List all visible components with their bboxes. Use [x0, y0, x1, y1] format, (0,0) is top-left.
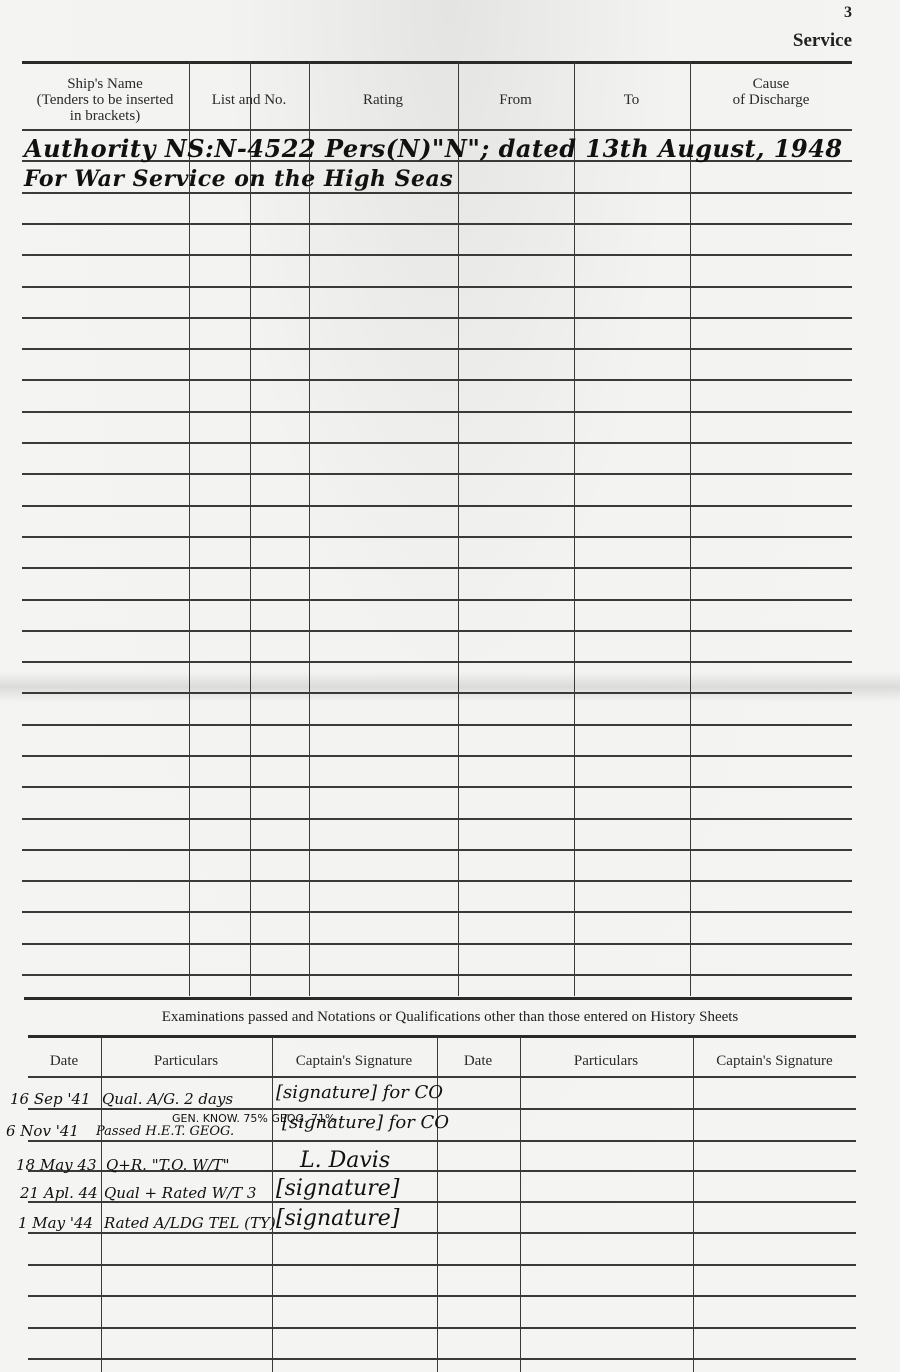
header-list-and-no: List and No.: [190, 92, 308, 108]
exam-header-particulars-right: Particulars: [520, 1053, 692, 1069]
row-rule: [22, 786, 852, 788]
row-rule: [22, 943, 852, 945]
exam-column-rule: [693, 1037, 694, 1372]
row-rule: [22, 599, 852, 601]
header-to: To: [574, 92, 689, 108]
row-rule: [22, 974, 852, 976]
table-top-rule: [22, 61, 852, 64]
exam-section-title: Examinations passed and Notations or Qua…: [0, 1009, 900, 1026]
exam-row-rule: [28, 1264, 856, 1266]
column-rule: [690, 62, 691, 996]
service-record-page: 3 Service Ship's Name (Tenders to be ins…: [0, 0, 900, 1372]
exam-entry-date: 21 Apl. 44: [20, 1184, 98, 1202]
exam-header-signature-right: Captain's Signature: [693, 1053, 856, 1069]
exam-entry-particulars: Qual. A/G. 2 days: [102, 1090, 233, 1108]
header-rating: Rating: [309, 92, 457, 108]
exam-row-rule: [28, 1140, 856, 1142]
exam-header-date-right: Date: [437, 1053, 519, 1069]
exam-row-rule: [28, 1358, 856, 1360]
row-rule: [22, 379, 852, 381]
row-rule: [22, 223, 852, 225]
row-rule: [22, 818, 852, 820]
fold-shadow: [0, 672, 900, 702]
row-rule: [22, 724, 852, 726]
row-rule: [22, 911, 852, 913]
column-rule: [189, 62, 190, 996]
row-rule: [22, 536, 852, 538]
row-rule: [22, 567, 852, 569]
row-rule: [22, 880, 852, 882]
row-rule: [22, 692, 852, 694]
table-bottom-rule: [24, 997, 852, 1000]
exam-row-rule: [28, 1108, 856, 1110]
exam-entry-signature: [signature] for CO: [282, 1112, 449, 1133]
exam-entry-particulars: Qual + Rated W/T 3: [104, 1184, 256, 1202]
header-from: From: [458, 92, 573, 108]
exam-entry-signature: [signature]: [276, 1206, 399, 1231]
exam-header-signature-left: Captain's Signature: [272, 1053, 436, 1069]
exam-entry-particulars: Rated A/LDG TEL (TY): [104, 1214, 276, 1232]
row-rule: [22, 348, 852, 350]
row-rule: [22, 661, 852, 663]
exam-entry-signature: [signature]: [276, 1176, 399, 1201]
page-number: 3: [844, 4, 852, 22]
row-rule: [22, 411, 852, 413]
row-rule: [22, 254, 852, 256]
row-rule: [22, 849, 852, 851]
header-cause-of-discharge: Cause of Discharge: [690, 76, 852, 108]
exam-row-rule: [28, 1076, 856, 1078]
exam-entry-particulars: Q+R. "T.O. W/T": [106, 1156, 230, 1174]
row-rule: [22, 755, 852, 757]
exam-entry-date: 18 May 43: [16, 1156, 97, 1174]
row-rule: [22, 473, 852, 475]
row-rule: [22, 129, 852, 131]
exam-entry-particulars: Passed H.E.T. GEOG.: [96, 1124, 234, 1139]
column-rule: [574, 62, 575, 996]
column-rule: [250, 62, 251, 996]
exam-row-rule: [28, 1295, 856, 1297]
exam-row-rule: [28, 1327, 856, 1329]
exam-row-rule: [28, 1232, 856, 1234]
exam-entry-date: 6 Nov '41: [6, 1122, 79, 1140]
header-ships-name: Ship's Name (Tenders to be inserted in b…: [22, 76, 188, 124]
exam-column-rule: [520, 1037, 521, 1372]
exam-table-top-rule: [28, 1035, 856, 1038]
exam-entry-signature: L. Davis: [300, 1148, 390, 1173]
exam-entry-date: 16 Sep '41: [10, 1090, 91, 1108]
column-rule: [309, 62, 310, 996]
exam-header-particulars-left: Particulars: [101, 1053, 271, 1069]
row-rule: [22, 317, 852, 319]
exam-entry-signature: [signature] for CO: [276, 1082, 443, 1103]
row-rule: [22, 505, 852, 507]
handwritten-authority-line: Authority NS:N-4522 Pers(N)"N"; dated 13…: [24, 134, 843, 163]
row-rule: [22, 442, 852, 444]
row-rule: [22, 192, 852, 194]
exam-entry-date: 1 May '44: [18, 1214, 93, 1232]
handwritten-war-service-line: For War Service on the High Seas: [24, 166, 453, 192]
exam-header-date-left: Date: [28, 1053, 100, 1069]
row-rule: [22, 286, 852, 288]
exam-column-rule: [272, 1037, 273, 1372]
section-title: Service: [793, 30, 852, 52]
row-rule: [22, 630, 852, 632]
column-rule: [458, 62, 459, 996]
exam-column-rule: [101, 1037, 102, 1372]
